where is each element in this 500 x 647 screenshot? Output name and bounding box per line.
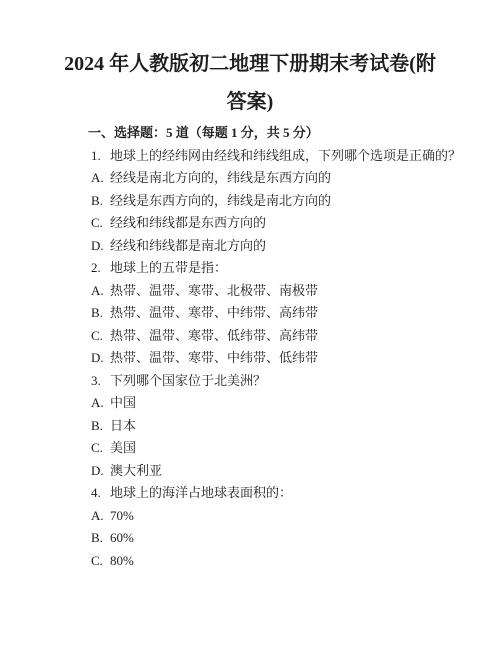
question-2-text: 地球上的五带是指： [110, 257, 470, 280]
document-title: 2024 年人教版初二地理下册期末考试卷(附 答案) [20, 45, 480, 121]
question-3-option-a-text: 中国 [110, 392, 470, 415]
question-1-option-c: C. 经线和纬线都是东西方向的 [91, 212, 470, 235]
question-4-option-a-text: 70% [110, 505, 470, 528]
question-2-option-b-text: 热带、温带、寒带、中纬带、高纬带 [110, 302, 470, 325]
question-3-option-a: A. 中国 [91, 392, 470, 415]
exam-content: 一、选择题：5 道（每题 1 分，共 5 分） 1. 地球上的经纬网由经线和纬线… [88, 122, 470, 572]
question-3-text: 下列哪个国家位于北美洲？ [110, 370, 470, 393]
question-1-option-c-label: C. [91, 212, 110, 235]
question-1-option-d-text: 经线和纬线都是南北方向的 [110, 235, 470, 258]
question-4-number: 4. [91, 482, 110, 505]
question-2-option-c: C. 热带、温带、寒带、低纬带、高纬带 [91, 325, 470, 348]
question-2-option-c-label: C. [91, 325, 110, 348]
question-4-option-a: A. 70% [91, 505, 470, 528]
question-1-option-d: D. 经线和纬线都是南北方向的 [91, 235, 470, 258]
question-2-option-b: B. 热带、温带、寒带、中纬带、高纬带 [91, 302, 470, 325]
question-2-option-a-label: A. [91, 280, 110, 303]
question-2: 2. 地球上的五带是指： [91, 257, 470, 280]
question-2-option-d-label: D. [91, 347, 110, 370]
question-3-option-c-text: 美国 [110, 437, 470, 460]
question-1-option-a-text: 经线是南北方向的，纬线是东西方向的 [110, 167, 470, 190]
question-2-option-c-text: 热带、温带、寒带、低纬带、高纬带 [110, 325, 470, 348]
question-3-option-d-label: D. [91, 460, 110, 483]
question-4-option-c-label: C. [91, 550, 110, 573]
question-1-option-a: A. 经线是南北方向的，纬线是东西方向的 [91, 167, 470, 190]
question-1-option-a-label: A. [91, 167, 110, 190]
question-1-option-b: B. 经线是东西方向的，纬线是南北方向的 [91, 190, 470, 213]
question-4-option-c: C. 80% [91, 550, 470, 573]
exam-document-page: 2024 年人教版初二地理下册期末考试卷(附 答案) 一、选择题：5 道（每题 … [0, 0, 500, 647]
question-3-option-d: D. 澳大利亚 [91, 460, 470, 483]
question-1-number: 1. [91, 145, 110, 168]
question-4-option-b: B. 60% [91, 527, 470, 550]
question-2-option-d-text: 热带、温带、寒带、中纬带、低纬带 [110, 347, 470, 370]
question-2-option-a-text: 热带、温带、寒带、北极带、南极带 [110, 280, 470, 303]
question-3-option-a-label: A. [91, 392, 110, 415]
question-2-option-a: A. 热带、温带、寒带、北极带、南极带 [91, 280, 470, 303]
question-4-option-b-label: B. [91, 527, 110, 550]
question-3-option-d-text: 澳大利亚 [110, 460, 470, 483]
question-1-text: 地球上的经纬网由经线和纬线组成，下列哪个选项是正确的？ [110, 145, 470, 168]
question-3-option-b-text: 日本 [110, 415, 470, 438]
question-2-option-b-label: B. [91, 302, 110, 325]
question-4-option-b-text: 60% [110, 527, 470, 550]
question-3-option-c: C. 美国 [91, 437, 470, 460]
question-4-option-a-label: A. [91, 505, 110, 528]
document-title-line-2: 答案) [20, 83, 480, 121]
question-4-option-c-text: 80% [110, 550, 470, 573]
section-heading: 一、选择题：5 道（每题 1 分，共 5 分） [88, 122, 470, 145]
question-2-option-d: D. 热带、温带、寒带、中纬带、低纬带 [91, 347, 470, 370]
document-title-line-1: 2024 年人教版初二地理下册期末考试卷(附 [20, 45, 480, 83]
question-2-number: 2. [91, 257, 110, 280]
question-1: 1. 地球上的经纬网由经线和纬线组成，下列哪个选项是正确的？ [91, 145, 470, 168]
question-3-option-b: B. 日本 [91, 415, 470, 438]
question-3-option-c-label: C. [91, 437, 110, 460]
question-4: 4. 地球上的海洋占地球表面积的： [91, 482, 470, 505]
question-1-option-b-label: B. [91, 190, 110, 213]
question-3-number: 3. [91, 370, 110, 393]
question-3-option-b-label: B. [91, 415, 110, 438]
question-1-option-d-label: D. [91, 235, 110, 258]
question-1-option-b-text: 经线是东西方向的，纬线是南北方向的 [110, 190, 470, 213]
question-1-option-c-text: 经线和纬线都是东西方向的 [110, 212, 470, 235]
question-4-text: 地球上的海洋占地球表面积的： [110, 482, 470, 505]
question-list: 1. 地球上的经纬网由经线和纬线组成，下列哪个选项是正确的？ A. 经线是南北方… [91, 145, 470, 573]
question-3: 3. 下列哪个国家位于北美洲？ [91, 370, 470, 393]
